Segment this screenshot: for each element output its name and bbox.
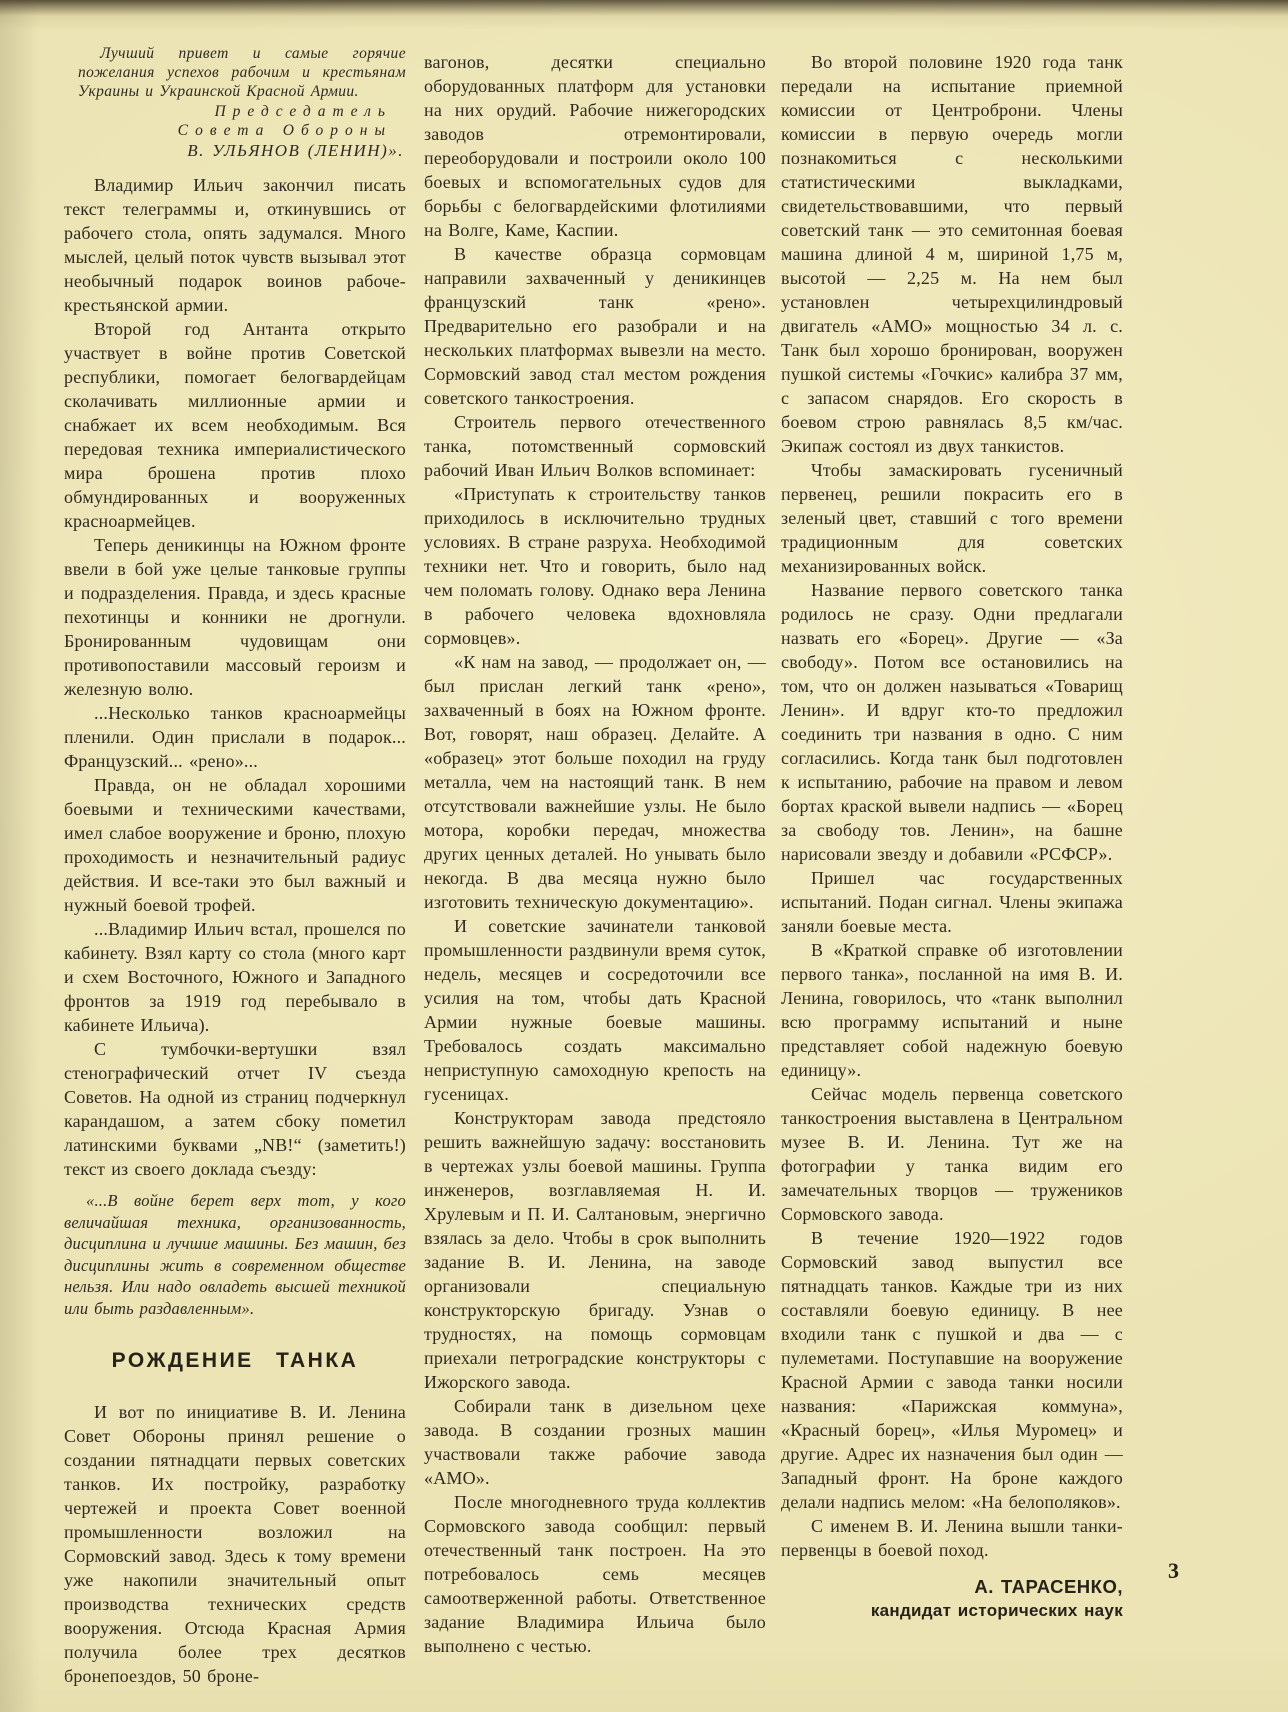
telegram-signoff-title: Председатель — [64, 102, 406, 121]
author-signature: А. ТАРАСЕНКО, — [781, 1574, 1123, 1599]
page-number: 3 — [1168, 1558, 1179, 1584]
paragraph: Название первого советского танка родило… — [781, 578, 1123, 866]
paragraph: В течение 1920—1922 годов Сормовский зав… — [781, 1226, 1123, 1514]
paragraph: Конструкторам завода предстояло решить в… — [424, 1106, 766, 1394]
paragraph: С тумбочки-вертушки взял стенографически… — [64, 1037, 406, 1181]
paragraph: Собирали танк в дизельном цехе завода. В… — [424, 1394, 766, 1490]
paragraph: В «Краткой справке об изготовлении перво… — [781, 938, 1123, 1082]
column-left: Лучший привет и самые горячие пожелания … — [64, 44, 406, 1688]
lenin-quote: «...В войне берет верх тот, у кого велич… — [64, 1190, 406, 1319]
paragraph: Строитель первого отечественного танка, … — [424, 410, 766, 482]
paragraph: Правда, он не обладал хорошими боевыми и… — [64, 773, 406, 917]
paragraph: Владимир Ильич закончил писать текст тел… — [64, 173, 406, 317]
magazine-page: Лучший привет и самые горячие пожелания … — [0, 0, 1288, 1712]
telegram-signature: В. УЛЬЯНОВ (ЛЕНИН)». — [64, 140, 406, 161]
paragraph: С именем В. И. Ленина вышли танки-первен… — [781, 1514, 1123, 1562]
section-heading: РОЖДЕНИЕ ТАНКА — [64, 1349, 406, 1373]
telegram-text: Лучший привет и самые горячие пожелания … — [64, 44, 406, 101]
telegram-signoff-org: Совета Обороны — [64, 121, 406, 140]
paragraph: После многодневного труда коллектив Сорм… — [424, 1490, 766, 1658]
column-right: Во второй половине 1920 года танк переда… — [781, 50, 1123, 1622]
paragraph: Чтобы замаскировать гусеничный первенец,… — [781, 458, 1123, 578]
paragraph: И вот по инициативе В. И. Ленина Совет О… — [64, 1400, 406, 1688]
paragraph: В качестве образца сормовцам направили з… — [424, 242, 766, 410]
paragraph: вагонов, десятки специально оборудованны… — [424, 50, 766, 242]
column-middle: вагонов, десятки специально оборудованны… — [424, 50, 766, 1658]
paragraph: Теперь деникинцы на Южном фронте ввели в… — [64, 533, 406, 701]
paragraph: Второй год Антанта открыто участвует в в… — [64, 317, 406, 533]
paragraph: Сейчас модель первенца советского танкос… — [781, 1082, 1123, 1226]
paragraph: ...Владимир Ильич встал, прошелся по каб… — [64, 917, 406, 1037]
paragraph: Пришел час государственных испытаний. По… — [781, 866, 1123, 938]
paragraph: И советские зачинатели танковой промышле… — [424, 914, 766, 1106]
paragraph: «К нам на завод, — продолжает он, — был … — [424, 650, 766, 914]
paragraph: Во второй половине 1920 года танк переда… — [781, 50, 1123, 458]
author-title: кандидат исторических наук — [781, 1599, 1123, 1622]
paragraph: «Приступать к строительству танков прихо… — [424, 482, 766, 650]
paragraph: ...Несколько танков красноармейцы пленил… — [64, 701, 406, 773]
